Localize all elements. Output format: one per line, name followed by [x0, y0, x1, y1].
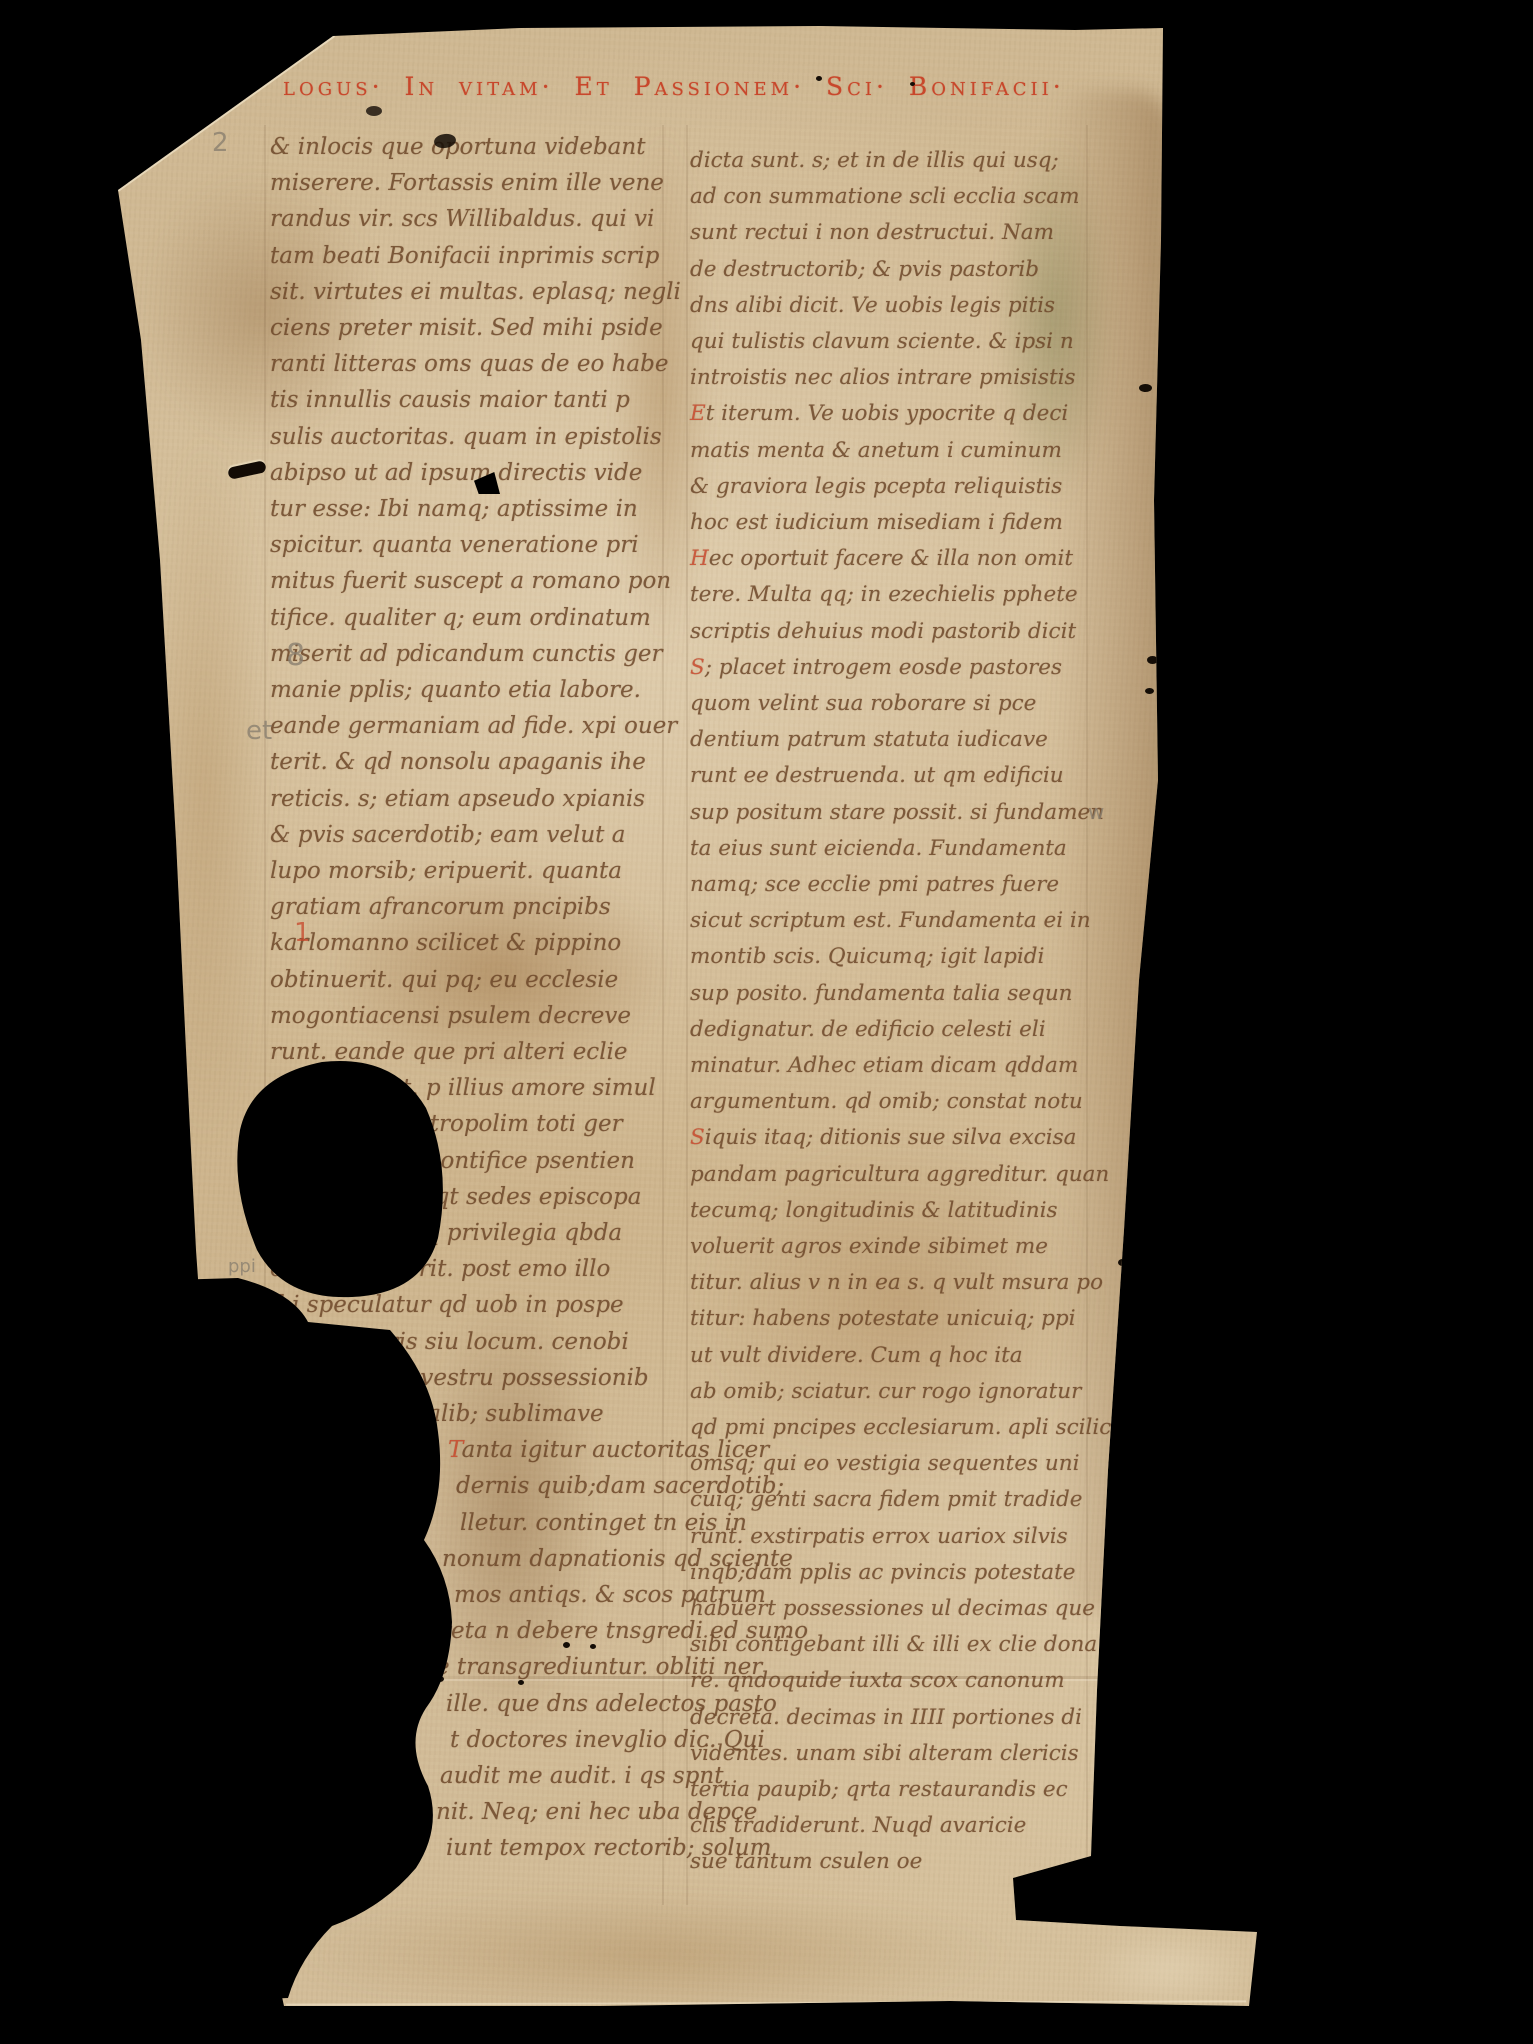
speck: [518, 1680, 524, 1685]
manuscript-line: miserere. Fortassis enim ille vene: [270, 170, 664, 196]
margin-mark: 1: [294, 918, 311, 948]
manuscript-line: tecumq; longitudinis & latitudinis: [690, 1198, 1058, 1223]
speck: [910, 82, 915, 86]
manuscript-line: minatur. Adhec etiam dicam qddam: [690, 1053, 1078, 1078]
manuscript-line: randus vir. scs Willibaldus. qui vi: [270, 206, 654, 232]
manuscript-line: de destructorib; & pvis pastorib: [690, 257, 1039, 282]
manuscript-line: miserit ad pdicandum cunctis ger: [270, 641, 663, 667]
manuscript-line: obtinuerit. qui pq; eu ecclesie: [270, 967, 618, 993]
manuscript-line: namq; sce ecclie pmi patres fuere: [690, 872, 1059, 897]
manuscript-line: sunt rectui i non destructui. Nam: [690, 220, 1054, 245]
manuscript-line: sibi contigebant illi & illi ex clie don…: [690, 1632, 1097, 1657]
manuscript-line: titur. alius v n in ea s. q vult msura p…: [690, 1270, 1103, 1295]
margin-mark: ppi: [228, 1256, 256, 1277]
manuscript-line: ibi speculatur qd uob in pospe: [270, 1292, 624, 1318]
manuscript-line: eande germaniam ad fide. xpi ouer: [270, 713, 677, 739]
manuscript-line: sue tantum csulen oe: [690, 1849, 922, 1874]
manuscript-line: tere. Multa qq; in ezechielis pphete: [690, 582, 1078, 607]
manuscript-line: montib scis. Quicumq; igit lapidi: [690, 944, 1044, 969]
manuscript-line: abipso ut ad ipsum directis vide: [270, 460, 642, 486]
manuscript-line: audit me audit. i qs spnt: [440, 1763, 723, 1789]
manuscript-line: cuiq; genti sacra fidem pmit tradide: [690, 1487, 1083, 1512]
manuscript-line: runt. exstirpatis errox uariox silvis: [690, 1524, 1068, 1549]
manuscript-line: dns alibi dicit. Ve uobis legis pitis: [690, 293, 1055, 318]
manuscript-line: te effecerunt. qt sedes episcopa: [270, 1184, 641, 1210]
manuscript-line: dicta sunt. s; et in de illis qui usq;: [690, 148, 1059, 173]
manuscript-line: titur: habens potestate unicuiq; ppi: [690, 1306, 1076, 1331]
manuscript-line: tam beati Bonifacii inprimis scrip: [270, 243, 659, 269]
manuscript-line: decreta. decimas in IIII portiones di: [690, 1705, 1082, 1730]
manuscript-line: eclis optinuerit. post emo illo: [270, 1256, 610, 1282]
manuscript-line: qm cor poris siu locum. cenobi: [270, 1329, 629, 1355]
stain: [290, 1890, 1010, 2020]
manuscript-photo: logus· In vitam· Et Passionem· Sci· Boni…: [0, 0, 1533, 2044]
folio-number-mark: 2: [212, 128, 229, 158]
manuscript-line: tur esse: Ibi namq; aptissime in: [270, 496, 638, 522]
manuscript-line: clis tradiderunt. Nuqd avaricie: [690, 1813, 1026, 1838]
manuscript-line: sup positum stare possit. si fundamen: [690, 800, 1104, 825]
manuscript-line: tertia paupib; qrta restaurandis ec: [690, 1777, 1068, 1802]
manuscript-line: tifice. qualiter q; eum ordinatum: [270, 605, 651, 631]
manuscript-line: dentium patrum statuta iudicave: [690, 727, 1048, 752]
manuscript-line: & honore. metropolim toti ger: [270, 1111, 623, 1137]
stain: [1080, 1930, 1260, 2010]
rubricated-initial: T: [448, 1437, 462, 1463]
margin-mark: w: [1088, 800, 1104, 824]
manuscript-line: runt ee destruenda. ut qm edificiu: [690, 763, 1064, 788]
manuscript-line: spicitur. quanta veneratione pri: [270, 532, 639, 558]
parchment-leaf: logus· In vitam· Et Passionem· Sci· Boni…: [0, 0, 1533, 2044]
manuscript-line: Hec oportuit facere & illa non omit: [690, 546, 1073, 571]
manuscript-line: ad con summatione scli ecclia scam: [690, 184, 1080, 209]
manuscript-line: manie aplico pontifice psentien: [270, 1148, 635, 1174]
manuscript-line: habuert possessiones ul decimas que: [690, 1596, 1095, 1621]
manuscript-line: manie pplis; quanto etia labore.: [270, 677, 641, 703]
manuscript-line: scriptis dehuius modi pastorib dicit: [690, 619, 1076, 644]
manuscript-line: dedignatur. de edificio celesti eli: [690, 1017, 1046, 1042]
speck: [1203, 43, 1209, 49]
manuscript-line: sulis auctoritas. quam in epistolis: [270, 424, 662, 450]
rubricated-initial: S: [690, 1125, 705, 1150]
manuscript-line: omsq; qui eo vestigia sequentes uni: [690, 1451, 1079, 1476]
manuscript-line: ranti litteras oms quas de eo habe: [270, 351, 668, 377]
manuscript-line: ut vult dividere. Cum q hoc ita: [690, 1343, 1023, 1368]
sewing-hole: [1146, 1302, 1156, 1309]
speck: [816, 76, 822, 81]
sewing-hole: [1147, 656, 1158, 664]
manuscript-line: & inlocis que oportuna videbant: [270, 134, 645, 160]
manuscript-line: quom velint sua roborare si pce: [690, 691, 1036, 716]
manuscript-line: sicut scriptum est. Fundamenta ei in: [690, 908, 1091, 933]
manuscript-line: & pvis sacerdotib; eam velut a: [270, 822, 625, 848]
ruling-line: [264, 125, 266, 1905]
manuscript-line: qui tulistis clavum sciente. & ipsi n: [690, 329, 1074, 354]
manuscript-line: pandam pagricultura aggreditur. quan: [690, 1162, 1109, 1187]
manuscript-line: tis innullis causis maior tanti p: [270, 387, 630, 413]
manuscript-line: les statuerit. q privilegia qbda: [270, 1220, 622, 1246]
speck: [1226, 40, 1231, 45]
manuscript-line: um videlicet vestru possessionib: [270, 1365, 649, 1391]
manuscript-line: matis menta & anetum i cuminum: [690, 438, 1062, 463]
rubricated-initial: E: [690, 401, 706, 426]
sewing-hole: [1118, 1259, 1127, 1266]
manuscript-line: voluerit agros exinde sibimet me: [690, 1234, 1048, 1259]
manuscript-line: inqb;dam pplis ac pvincis potestate: [690, 1560, 1075, 1585]
stain: [140, 430, 270, 1150]
speck: [436, 1676, 444, 1682]
speck: [563, 1642, 570, 1648]
margin-mark: et: [246, 716, 272, 746]
manuscript-line: decimis specialib; sublimave: [270, 1401, 604, 1427]
manuscript-line: karlomanno scilicet & pippino: [270, 930, 621, 956]
manuscript-line: reticis. s; etiam apseudo xpianis: [270, 786, 645, 812]
manuscript-line: & graviora legis pcepta reliquistis: [690, 474, 1062, 499]
manuscript-line: sup posito. fundamenta talia sequn: [690, 981, 1073, 1006]
rubricated-initial: S: [690, 655, 705, 680]
manuscript-line: mogontiacensi psulem decreve: [270, 1003, 631, 1029]
manuscript-line: ta eius sunt eicienda. Fundamenta: [690, 836, 1067, 861]
sewing-hole: [1139, 384, 1152, 392]
ink-blot: [366, 106, 382, 116]
margin-mark: 8: [286, 638, 305, 673]
manuscript-line: re. qndoquide iuxta scox canonum: [690, 1668, 1065, 1693]
manuscript-line: ciens preter misit. Sed mihi pside: [270, 315, 663, 341]
manuscript-line: qd pmi pncipes ecclesiarum. apli scilice…: [690, 1415, 1133, 1440]
sewing-hole: [1145, 688, 1154, 694]
manuscript-line: terit. & qd nonsolu apaganis ihe: [270, 749, 646, 775]
manuscript-line: subdita erat. p illius amore simul: [270, 1075, 656, 1101]
manuscript-line: gratiam afrancorum pncipibs: [270, 894, 611, 920]
rubric-title: logus· In vitam· Et Passionem· Sci· Boni…: [283, 72, 1065, 101]
manuscript-line: introistis nec alios intrare pmisistis: [690, 365, 1076, 390]
manuscript-line: ab omib; sciatur. cur rogo ignoratur: [690, 1379, 1081, 1404]
manuscript-line: S; placet introgem eosde pastores: [690, 655, 1062, 680]
manuscript-line: argumentum. qd omib; constat notu: [690, 1089, 1083, 1114]
speck: [590, 1644, 596, 1649]
manuscript-line: sit. virtutes ei multas. eplasq; negli: [270, 279, 681, 305]
manuscript-line: mitus fuerit suscept a romano pon: [270, 568, 671, 594]
rubricated-initial: H: [690, 546, 709, 571]
manuscript-line: runt. eande que pri alteri eclie: [270, 1039, 628, 1065]
manuscript-line: Siquis itaq; ditionis sue silva excisa: [690, 1125, 1076, 1150]
manuscript-line: videntes. unam sibi alteram clericis: [690, 1741, 1079, 1766]
manuscript-line: hoc est iudicium misediam i fidem: [690, 510, 1063, 535]
manuscript-line: Et iterum. Ve uobis ypocrite q deci: [690, 401, 1068, 426]
manuscript-line: lupo morsib; eripuerit. quanta: [270, 858, 622, 884]
